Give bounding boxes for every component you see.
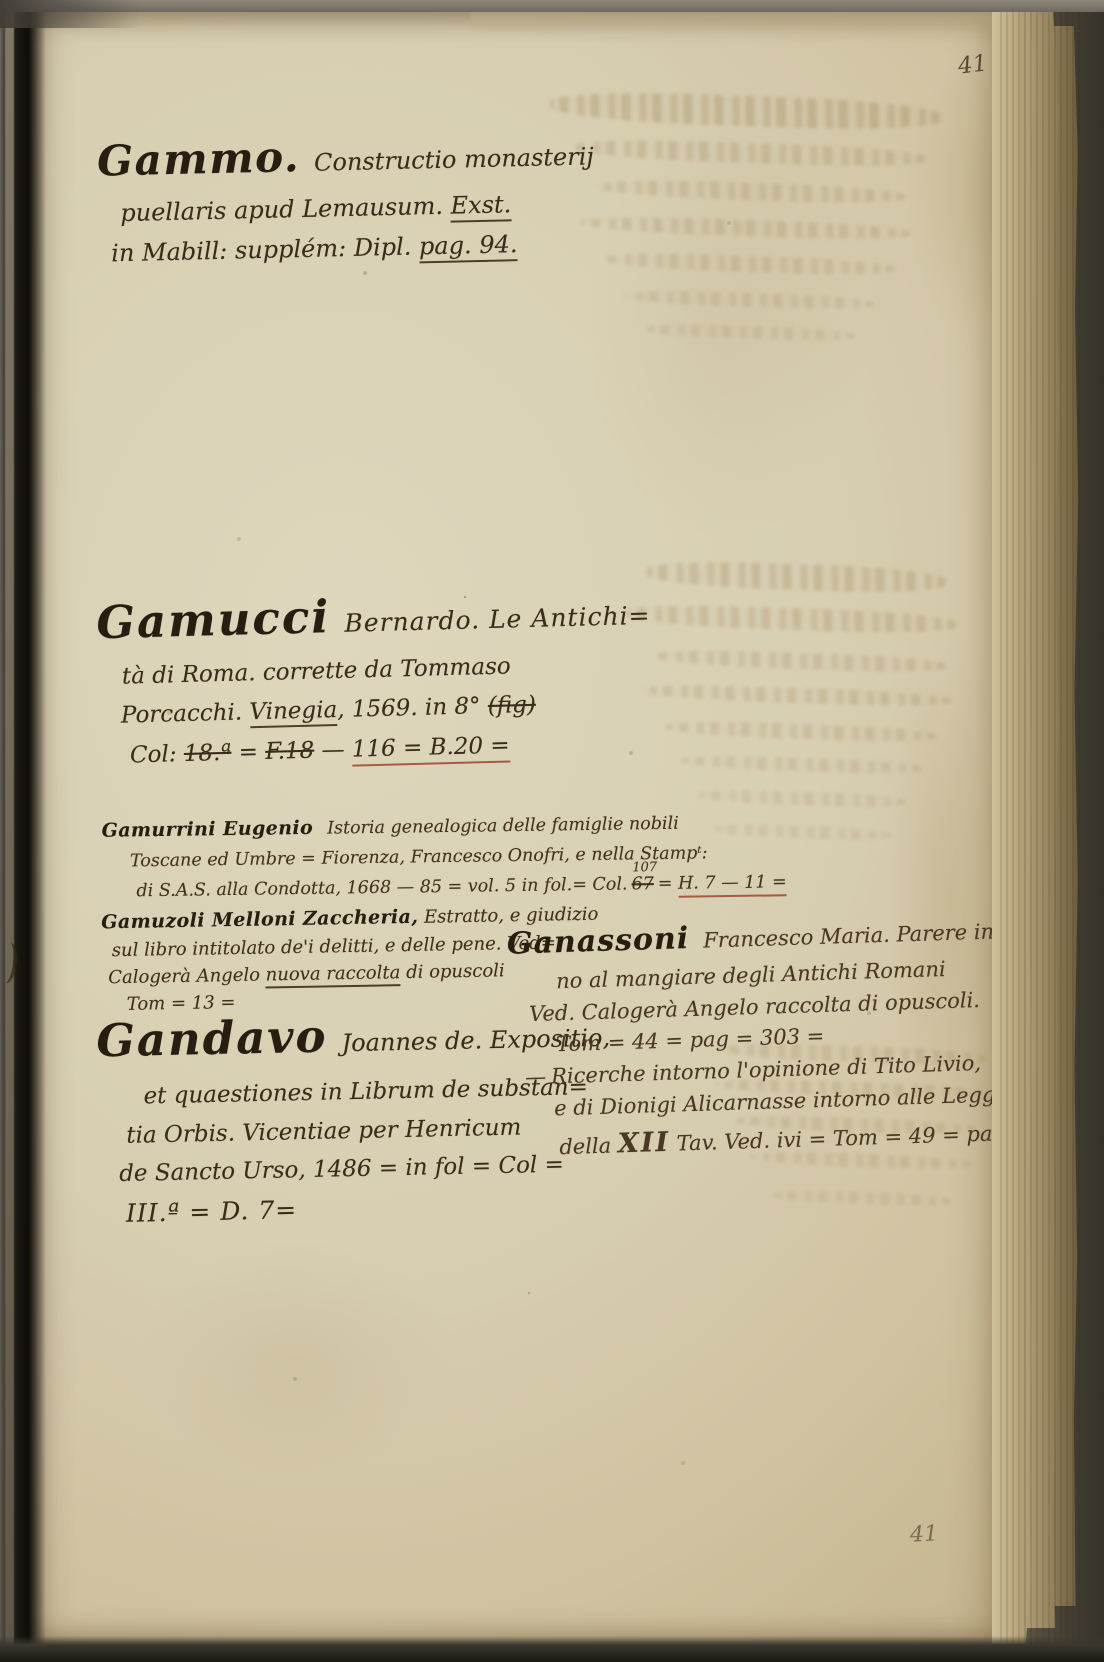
underlined-text: pag. 94. — [419, 230, 518, 263]
ghost-line — [605, 251, 895, 277]
manuscript-line: III.ª = D. 7= — [100, 1187, 614, 1231]
entry-headword: Gamucci — [96, 590, 331, 649]
catalog-page: 41 41 Gammo.Constructio monasterij puell… — [26, 10, 1006, 1650]
manuscript-line: GamucciBernardo. Le Antichi= — [96, 579, 651, 653]
ghost-line — [641, 683, 951, 709]
line-text: = — [231, 739, 266, 766]
photo-backdrop-bottom — [0, 1636, 1104, 1662]
line-text: de Sancto Urso, 1486 = in fol = Col = — [119, 1152, 564, 1187]
roman-numeral: XII — [617, 1127, 670, 1160]
line-text: sul libro intitolato de'i delitti, e del… — [112, 932, 556, 961]
ghost-line — [771, 1189, 951, 1207]
manuscript-line: puellaris apud Lemausum. Exst. — [98, 188, 595, 231]
page-edge-stack — [1000, 0, 1104, 1662]
line-text: di S.A.S. alla Condotta, 1668 — 85 = vol… — [136, 874, 627, 901]
page-edge-striation — [1000, 0, 1084, 1662]
ghost-line — [656, 648, 946, 674]
ghost-line — [681, 754, 921, 775]
corrected-column-number: 10767 — [631, 870, 654, 900]
line-text: = — [658, 873, 679, 893]
manuscript-line: Col: 18.ª = F.18 — 116 = B.20 = — [100, 727, 655, 772]
line-text: della — [559, 1134, 618, 1160]
entry-headword: Gammo. — [97, 132, 301, 186]
shelfmark-text: III.ª = D. 7= — [126, 1196, 298, 1229]
red-underlined-shelfmark: H. 7 — 11 = — [678, 872, 787, 898]
catalog-entry-gamurrini: Gamurrini EugenioIstoria genealogica del… — [101, 805, 787, 907]
ghost-line — [645, 322, 855, 342]
line-text: tà di Roma. corrette da Tommaso — [122, 654, 511, 690]
line-text: Calogerà Angelo — [108, 964, 266, 988]
entry-title: Bernardo. Le Antichi= — [344, 601, 651, 638]
line-text: Col: — [130, 741, 185, 768]
photo-backdrop-corner — [0, 0, 140, 28]
paper-stain — [136, 1240, 456, 1480]
line-text: Tom = 44 = pag = 303 = — [556, 1024, 825, 1056]
struck-text: (fig) — [488, 692, 537, 719]
folio-number-bottom: 41 — [909, 1521, 938, 1547]
entry-headword: Ganassoni — [506, 921, 689, 962]
line-text: Tav. Ved. ivi = Tom = 49 = pag = 4= — [670, 1119, 1006, 1155]
ghost-line — [626, 602, 957, 636]
catalog-entry-gammo: Gammo.Constructio monasterij puellaris a… — [97, 122, 597, 270]
ghost-line — [550, 89, 941, 133]
red-underlined-shelfmark: 116 = B.20 = — [351, 733, 510, 767]
line-text: Toscane ed Umbre = Fiorenza, Francesco O… — [130, 843, 708, 871]
folio-number-top: 41 — [957, 50, 989, 79]
line-text: Porcacchi. — [121, 699, 250, 728]
catalog-entry-gamucci: GamucciBernardo. Le Antichi= tà di Roma.… — [96, 579, 654, 772]
ghost-line — [666, 719, 936, 743]
entry-headword: Gamuzoli Melloni Zaccheria, — [101, 906, 418, 934]
underlined-text: nuova raccolta — [266, 962, 401, 988]
entry-title: Istoria genealogica delle famiglie nobil… — [327, 814, 679, 839]
line-text: in Mabill: supplém: Dipl. — [111, 232, 419, 267]
photo-backdrop-top — [0, 0, 1104, 12]
line-text: puellaris apud Lemausum. — [120, 192, 451, 227]
catalog-entry-ganassoni: GanassoniFrancesco Maria. Parere intor= … — [506, 904, 1006, 1167]
entry-headword: Gamurrini Eugenio — [101, 817, 313, 842]
ghost-line — [595, 178, 905, 206]
struck-shelfmark: F.18 — [265, 738, 315, 765]
line-text: di opuscoli — [400, 960, 505, 983]
manuscript-line: Porcacchi. Vinegia, 1569. in 8° (fig) — [99, 686, 654, 731]
entry-headword: Gandavo — [96, 1010, 328, 1068]
superscript-correction: 107 — [632, 857, 657, 879]
ghost-line — [625, 289, 875, 312]
entry-title: Francesco Maria. Parere intor= — [703, 918, 1006, 953]
underlined-text: Vinegia — [249, 697, 338, 728]
line-text: — — [314, 737, 352, 764]
ghost-line — [646, 559, 947, 595]
underlined-text: Exst. — [450, 191, 511, 223]
line-text: tia Orbis. Vicentiae per Henricum — [126, 1114, 522, 1148]
item-dash: — — [525, 1062, 552, 1095]
adjacent-page-sliver — [5, 8, 14, 1650]
entry-title: Constructio monasterij — [314, 142, 594, 176]
manuscript-line: Gammo.Constructio monasterij — [97, 122, 595, 189]
manuscript-line: tà di Roma. corrette da Tommaso — [98, 648, 653, 693]
struck-shelfmark: 18.ª — [184, 740, 232, 767]
manuscript-photo: 41 41 Gammo.Constructio monasterij puell… — [0, 0, 1104, 1662]
ghost-line — [580, 214, 910, 242]
ghost-line — [575, 137, 925, 169]
line-text: , 1569. in 8° — [337, 693, 488, 723]
